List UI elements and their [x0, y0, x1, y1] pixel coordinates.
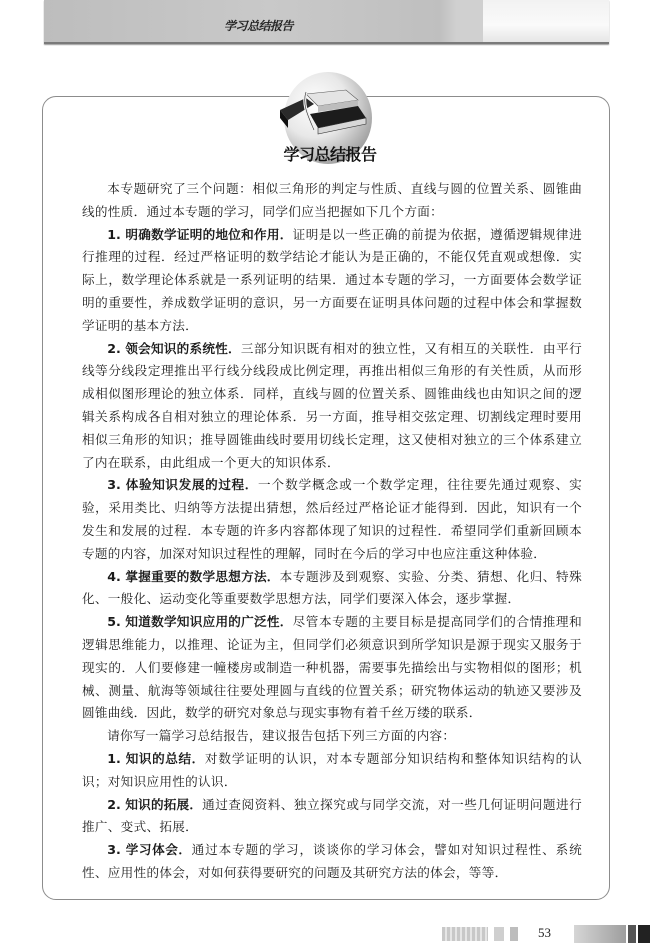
point-paragraph: 4. 掌握重要的数学思想方法．本专题涉及到观察、实验、分类、猜想、化归、特殊化、…: [82, 566, 582, 612]
point-heading: 4. 掌握重要的数学思想方法．: [107, 569, 279, 584]
point-paragraph: 5. 知道数学知识应用的广泛性．尽管本专题的主要目标是提高同学们的合情推理和逻辑…: [82, 611, 582, 725]
point-heading: 5. 知道数学知识应用的广泛性．: [107, 614, 292, 629]
report-item-heading: 2. 知识的拓展．: [107, 797, 202, 812]
page-number: 53: [538, 925, 551, 941]
report-body: 本专题研究了三个问题：相似三角形的判定与性质、直线与圆的位置关系、圆锥曲线的性质…: [82, 178, 582, 885]
header-light-block: [483, 0, 609, 42]
footer-bar: [574, 925, 626, 943]
page-footer: 53: [424, 925, 650, 943]
footer-bar: [638, 925, 650, 943]
point-heading: 2. 领会知识的系统性．: [107, 341, 241, 356]
point-paragraph: 2. 领会知识的系统性．三部分知识既有相对的独立性，又有相互的关联性．由平行线等…: [82, 338, 582, 475]
point-text: 三部分知识既有相对的独立性，又有相互的关联性．由平行线等分线段定理推出平行线分线…: [82, 341, 582, 470]
report-item: 2. 知识的拓展．通过查阅资料、独立探究或与同学交流，对一些几何证明问题进行推广…: [82, 794, 582, 840]
point-heading: 1. 明确数学证明的地位和作用．: [107, 227, 292, 242]
point-heading: 3. 体验知识发展的过程．: [107, 477, 258, 492]
report-item: 1. 知识的总结．对数学证明的认识，对本专题部分知识结构和整体知识结构的认识；对…: [82, 748, 582, 794]
section-emblem: 学习总结报告: [262, 70, 380, 166]
emblem-title: 学习总结报告: [280, 142, 380, 165]
books-icon: [262, 70, 380, 150]
report-item: 3. 学习体会．通过本专题的学习，谈谈你的学习体会，譬如对知识过程性、系统性、应…: [82, 839, 582, 885]
assignment-intro: 请你写一篇学习总结报告，建议报告包括下列三方面的内容：: [82, 725, 582, 748]
point-text: 尽管本专题的主要目标是提高同学们的合情推理和逻辑思维能力，以推理、论证为主，但同…: [82, 614, 582, 720]
point-paragraph: 3. 体验知识发展的过程．一个数学概念或一个数学定理，往往要先通过观察、实验，采…: [82, 474, 582, 565]
running-header: 学习总结报告: [44, 0, 609, 44]
intro-paragraph: 本专题研究了三个问题：相似三角形的判定与性质、直线与圆的位置关系、圆锥曲线的性质…: [82, 178, 582, 224]
report-item-heading: 3. 学习体会．: [107, 842, 191, 857]
running-header-title: 学习总结报告: [224, 17, 293, 34]
footer-decoration: [510, 927, 518, 941]
footer-bar: [628, 925, 636, 943]
footer-decoration: [442, 927, 488, 941]
point-paragraph: 1. 明确数学证明的地位和作用．证明是以一些正确的前提为依据，遵循逻辑规律进行推…: [82, 224, 582, 338]
point-text: 证明是以一些正确的前提为依据，遵循逻辑规律进行推理的过程．经过严格证明的数学结论…: [82, 227, 582, 333]
report-item-heading: 1. 知识的总结．: [107, 751, 205, 766]
footer-decoration: [494, 927, 504, 941]
